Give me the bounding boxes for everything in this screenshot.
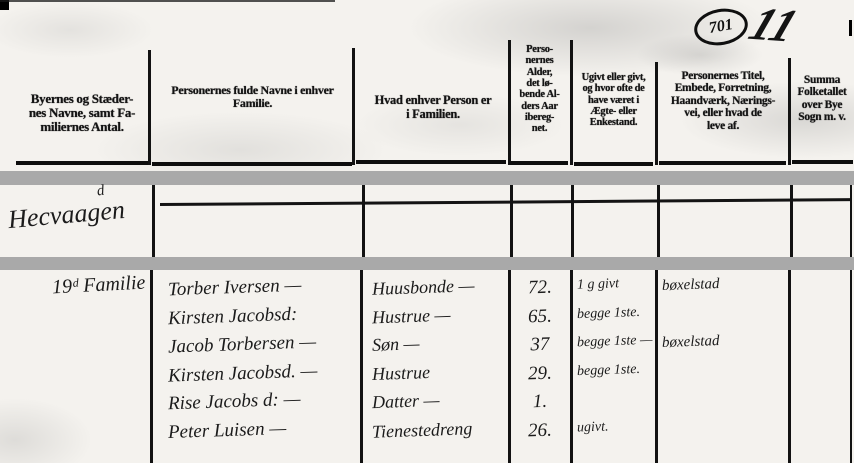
- family-label: 19ᵈ Familie: [51, 272, 145, 300]
- row-marital: begge 1ste —: [577, 333, 653, 352]
- column-header-names: Personernes fulde Navne i enhverFamilie.: [153, 84, 352, 110]
- header-underline: [510, 161, 568, 165]
- column-divider-line: [655, 270, 658, 463]
- column-divider-line: [352, 48, 355, 165]
- page-number-handwritten: 11: [742, 0, 805, 52]
- scan-top-edge-line: [0, 0, 335, 2]
- row-age: 65.: [512, 305, 569, 329]
- row-age: 26.: [512, 419, 569, 443]
- column-divider-line: [788, 270, 791, 463]
- column-divider-line: [508, 270, 511, 463]
- row-age: 37: [512, 333, 569, 357]
- header-underline: [659, 161, 786, 165]
- row-role: Søn —: [372, 333, 420, 356]
- row-marital: ugivt.: [577, 419, 609, 436]
- column-divider-line: [152, 185, 155, 257]
- column-header-summa: SummaFolketalletover ByeSogn m. v.: [790, 74, 854, 124]
- column-divider-line: [657, 185, 660, 257]
- column-divider-line: [362, 185, 365, 257]
- column-divider-line: [570, 270, 573, 463]
- row-occupation: bøxelstad: [662, 276, 720, 295]
- column-divider-line: [360, 270, 363, 463]
- row-role: Datter —: [372, 390, 440, 413]
- column-header-age: Perso-nernesAlder,det lø-bende Al-ders A…: [509, 44, 570, 135]
- row-name: Rise Jacobs d: —: [168, 389, 301, 416]
- row-marital: begge 1ste.: [577, 304, 641, 322]
- page-number-circled-text: 701: [708, 16, 735, 38]
- row-age: 1.: [512, 390, 569, 414]
- row-name: Kirsten Jacobsd. —: [168, 360, 318, 387]
- row-marital: 1 g givt: [577, 276, 620, 293]
- header-underline: [792, 160, 853, 164]
- header-underline: [574, 162, 653, 166]
- row-marital: begge 1ste.: [577, 362, 641, 380]
- column-divider-line: [790, 185, 793, 257]
- header-underline: [16, 161, 148, 165]
- scan-artifact-band: [0, 257, 854, 270]
- row-role: Huusbonde —: [372, 275, 475, 300]
- row-name: Jacob Torbersen —: [168, 332, 317, 359]
- column-divider-line: [148, 50, 151, 165]
- row-name: Torber Iversen —: [168, 275, 302, 302]
- scan-right-edge-line: [850, 185, 852, 257]
- column-divider-line: [510, 185, 513, 257]
- header-underline: [152, 162, 352, 166]
- column-header-places: Byernes og Stæder-nes Navne, samt Fa-mil…: [16, 92, 148, 134]
- column-divider-line: [150, 270, 153, 463]
- scan-artifact-band: [0, 171, 854, 185]
- column-header-marital: Ugivt eller givt,og hvor ofte dehave vær…: [572, 72, 655, 129]
- scan-edge-tick: [849, 20, 852, 36]
- row-age: 72.: [512, 276, 569, 300]
- row-name: Peter Luisen —: [168, 418, 287, 444]
- page-number-circled: 701: [691, 5, 750, 50]
- column-divider-line: [571, 185, 574, 257]
- scan-right-edge-line: [850, 270, 852, 463]
- handwritten-rule: [160, 198, 852, 206]
- place-name: Hecvaagen: [7, 195, 126, 235]
- row-role: Hustrue —: [372, 304, 451, 328]
- header-underline: [356, 160, 506, 164]
- column-header-role: Hvad enhver Person eri Familien.: [358, 94, 508, 121]
- row-role: Tienestedreng: [372, 418, 473, 442]
- row-name: Kirsten Jacobsd:: [168, 303, 298, 329]
- row-occupation: bøxelstad: [662, 333, 720, 352]
- column-header-occupation: Personernes Titel,Embede, Forretning,Haa…: [658, 70, 788, 132]
- row-role: Hustrue: [372, 362, 431, 385]
- census-page-scan: 701 11 Byernes og Stæder-nes Navne, samt…: [0, 0, 854, 463]
- row-age: 29.: [512, 362, 569, 386]
